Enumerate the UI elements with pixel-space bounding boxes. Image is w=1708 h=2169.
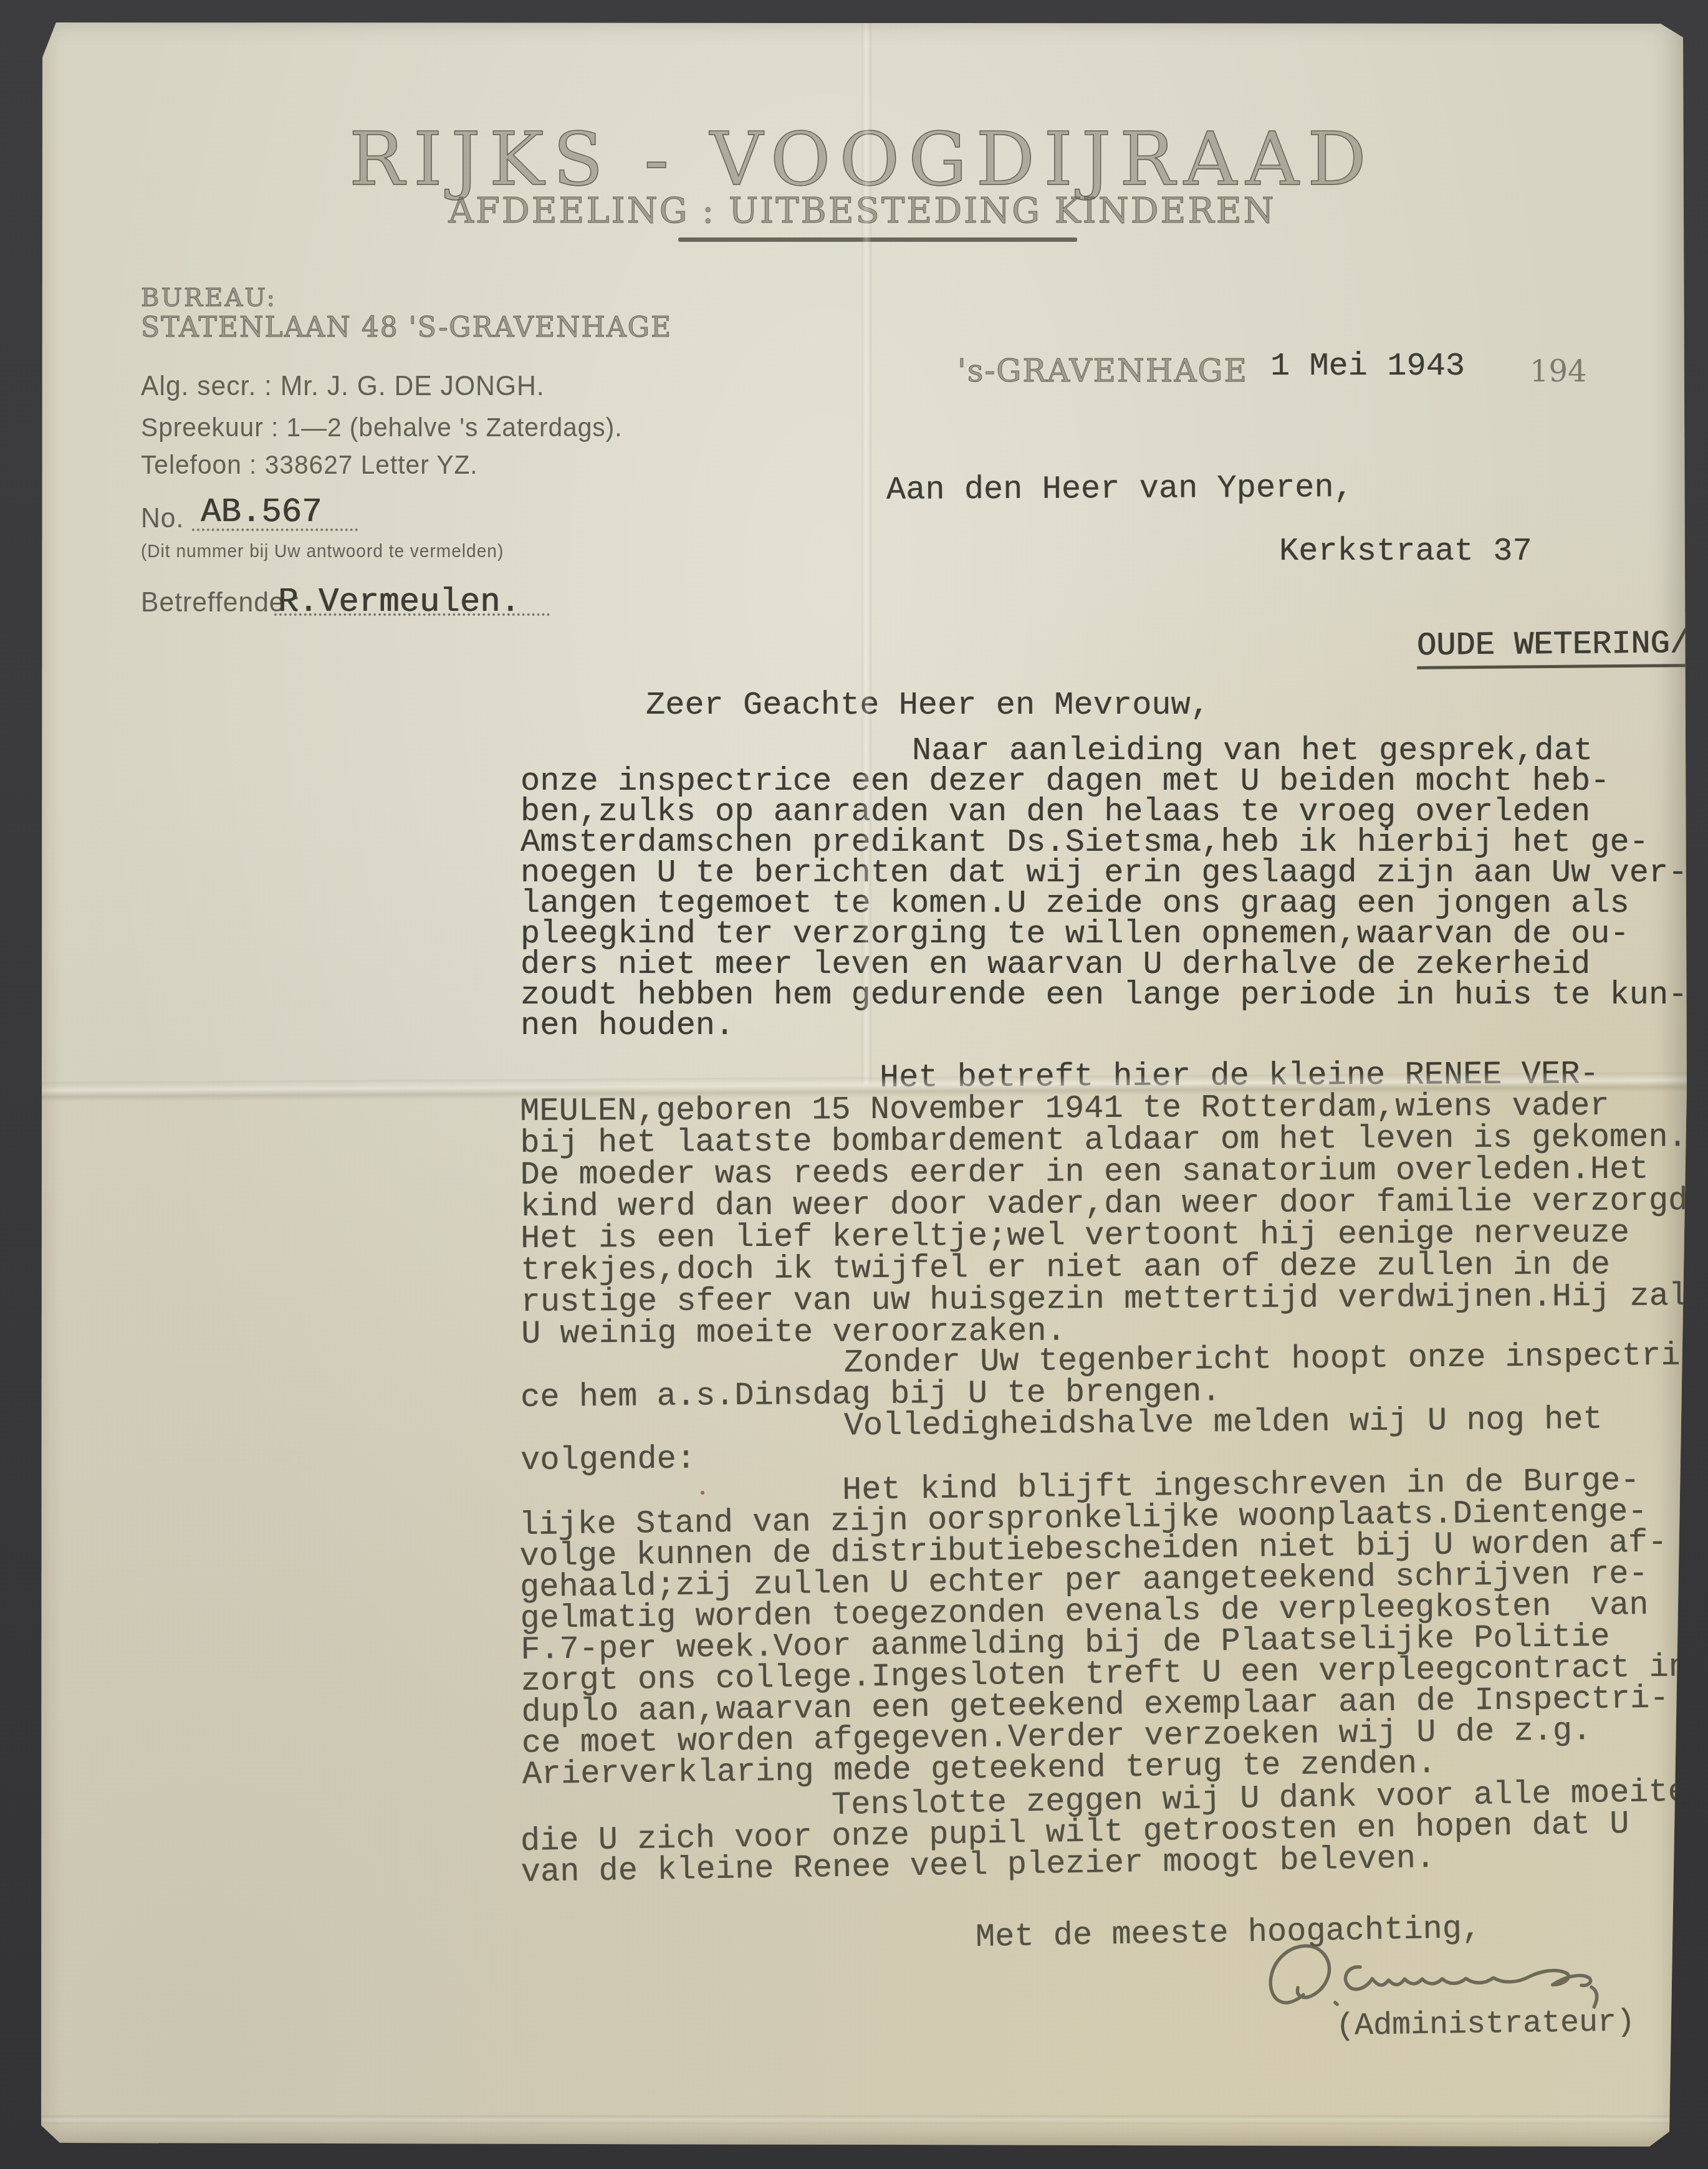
- body-line: rustige sfeer van uw huisgezin mettertij…: [521, 1280, 1668, 1318]
- paragraph: Tenslotte zeggen wij U dank voor alle mo…: [520, 1777, 1668, 1889]
- dateline-printed-year: 194: [1530, 354, 1587, 389]
- subject-value: R.Vermeulen.: [278, 583, 521, 621]
- body-line: onze inspectrice een dezer dagen met U b…: [521, 766, 1667, 797]
- dateline-place: 's-GRAVENHAGE: [957, 353, 1248, 389]
- letter-page: RIJKS - VOOGDIJRAAD AFDEELING : UITBESTE…: [37, 17, 1687, 2148]
- paragraph: Het betreft hier de kleine RENEE VER-MEU…: [520, 1058, 1668, 1350]
- vertical-fold-crease: [861, 17, 871, 1084]
- bureau-address: STATENLAAN 48 'S-GRAVENHAGE: [141, 312, 672, 343]
- case-number-value: AB.567: [201, 494, 322, 532]
- case-number-label: No.: [141, 503, 184, 534]
- case-number-note: (Dit nummer bij Uw antwoord te vermelden…: [141, 542, 504, 562]
- body-line: nen houden.: [521, 1010, 1667, 1041]
- signature-stroke: [1591, 1987, 1598, 2007]
- body-line: zoudt hebben hem gedurende een lange per…: [521, 980, 1667, 1010]
- scan-background: { "letterhead": { "title": "RIJKS - VOOG…: [0, 0, 1708, 2169]
- signature-stroke: [1268, 1944, 1331, 2003]
- body-line: ben,zulks op aanraden van den helaas te …: [521, 797, 1667, 827]
- paragraph: Naar aanleiding van het gesprek,datonze …: [521, 735, 1667, 1041]
- paragraph: Het kind blijft ingeschreven in de Burge…: [519, 1465, 1669, 1791]
- recipient-city-line: OUDE WETERING/: [1417, 625, 1689, 669]
- recipient-street-line: Kerkstraat 37: [1279, 533, 1532, 570]
- body-line: noegen U te berichten dat wij erin gesla…: [521, 858, 1667, 888]
- body-line: Amsterdamschen predikant Ds.Sietsma,heb …: [521, 827, 1667, 858]
- bureau-hours: Spreekuur : 1—2 (behalve 's Zaterdags).: [141, 413, 623, 443]
- salutation: Zeer Geachte Heer en Mevrouw,: [646, 687, 1210, 724]
- recipient-name-line: Aan den Heer van Yperen,: [886, 469, 1353, 509]
- dateline-typed-date: 1 Mei 1943: [1270, 348, 1465, 385]
- body-line: Naar aanleiding van het gesprek,dat: [521, 735, 1667, 766]
- signature-stroke: [1345, 1951, 1591, 2002]
- signature-stroke: [1335, 2003, 1337, 2004]
- bureau-secretary: Alg. secr. : Mr. J. G. DE JONGH.: [141, 371, 545, 402]
- body-line: ders niet meer leven en waarvan U derhal…: [521, 949, 1667, 980]
- letterhead-underline: [678, 237, 1077, 242]
- ink-speck: [701, 1491, 704, 1495]
- bureau-label: BUREAU:: [141, 284, 277, 312]
- bottom-crease: [37, 2115, 1687, 2124]
- body-line: langen tegemoet te komen.U zeide ons gra…: [521, 888, 1667, 919]
- bureau-phone: Telefoon : 338627 Letter YZ.: [141, 450, 478, 480]
- body-line: pleegkind ter verzorging te willen opnem…: [521, 919, 1667, 949]
- signer-role: (Administrateur): [1336, 2004, 1636, 2044]
